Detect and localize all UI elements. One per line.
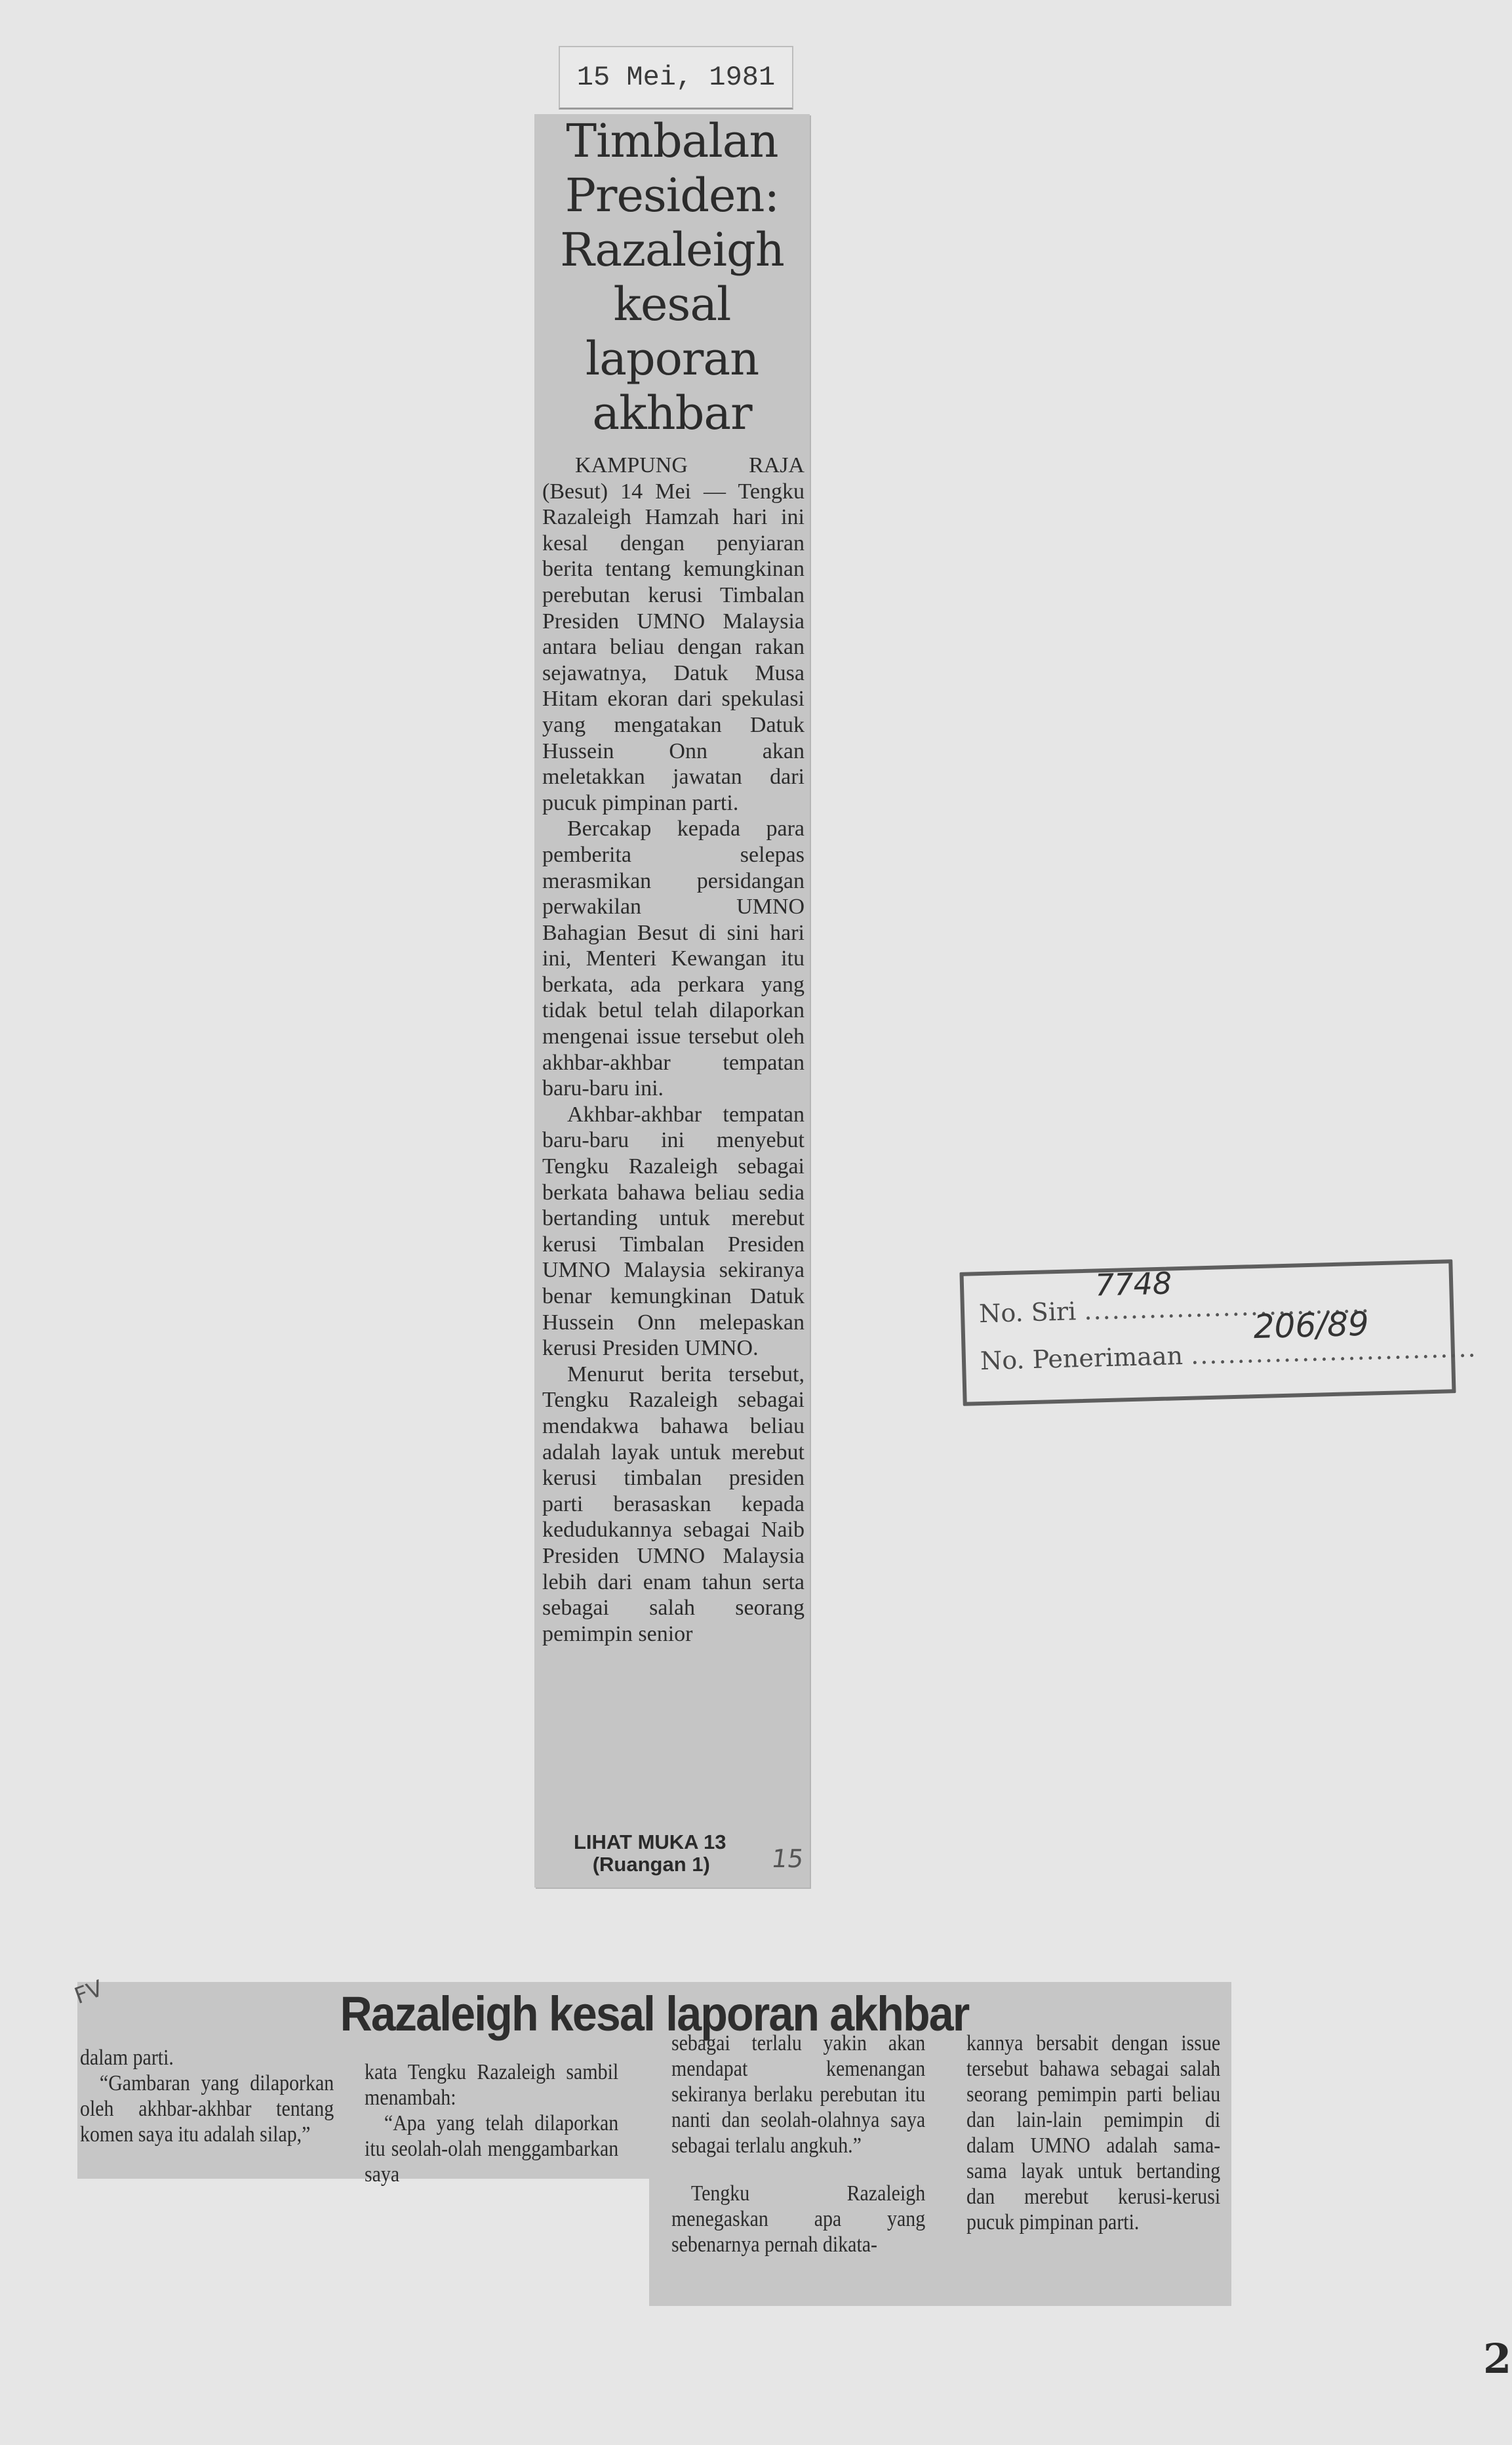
headline-line: Presiden: (534, 169, 810, 223)
penerimaan-label: No. Penerimaan (980, 1341, 1183, 1375)
penerimaan-value: 206/89 (1253, 1305, 1369, 1346)
headline-line: Razaleigh (534, 223, 810, 277)
newspaper-clipping-main: Timbalan Presiden: Razaleigh kesal lapor… (534, 114, 810, 1888)
paragraph: kata Tengku Razaleigh sambil menambah: (365, 2059, 618, 2111)
paragraph: Menurut berita tersebut, Tengku Razaleig… (542, 1362, 805, 1647)
headline-line: akhbar (534, 386, 810, 441)
paragraph: Bercakap kepada para pemberita selepas m… (542, 816, 805, 1102)
continued-page: LIHAT MUKA 13 (574, 1830, 726, 1853)
text-column: sebagai terlalu yakin akan mendapat keme… (671, 2031, 925, 2257)
headline-line: kesal (534, 277, 810, 332)
continued-on-label: LIHAT MUKA 13 (Ruangan 1) (574, 1831, 726, 1876)
siri-label: No. Siri (979, 1297, 1077, 1328)
text-column: kata Tengku Razaleigh sambil menambah: “… (365, 2059, 618, 2187)
paragraph: “Gambaran yang dilaporkan oleh akhbar-ak… (80, 2071, 334, 2147)
paragraph: Tengku Razaleigh menegaskan apa yang seb… (671, 2181, 925, 2257)
text-column: dalam parti. “Gambaran yang dilaporkan o… (80, 2045, 334, 2147)
paragraph: Akhbar-akhbar tempatan baru-baru ini men… (542, 1102, 805, 1362)
stamp-penerimaan-row: No. Penerimaan .........................… (980, 1333, 1477, 1375)
paragraph: “Apa yang telah dilaporkan itu seolah-ol… (365, 2111, 618, 2187)
page-number: 2 (1483, 2335, 1511, 2383)
paragraph: kannya bersabit dengan issue tersebut ba… (966, 2031, 1220, 2235)
paragraph: sebagai terlalu yakin akan mendapat keme… (671, 2031, 925, 2158)
headline: Timbalan Presiden: Razaleigh kesal lapor… (534, 114, 810, 441)
headline-line: laporan (534, 332, 810, 386)
paragraph: dalam parti. (80, 2045, 334, 2071)
article-body: KAMPUNG RAJA (Besut) 14 Mei — Tengku Raz… (542, 453, 805, 1647)
date-label: 15 Mei, 1981 (559, 46, 793, 110)
continued-column: (Ruangan 1) (574, 1853, 726, 1876)
text-column: kannya bersabit dengan issue tersebut ba… (966, 2031, 1220, 2235)
siri-value: 7748 (1094, 1265, 1172, 1303)
headline-line: Timbalan (534, 114, 810, 169)
handwritten-mark: 15 (770, 1844, 806, 1873)
paragraph: KAMPUNG RAJA (Besut) 14 Mei — Tengku Raz… (542, 453, 805, 816)
archive-stamp: No. Siri ...............................… (959, 1259, 1456, 1406)
